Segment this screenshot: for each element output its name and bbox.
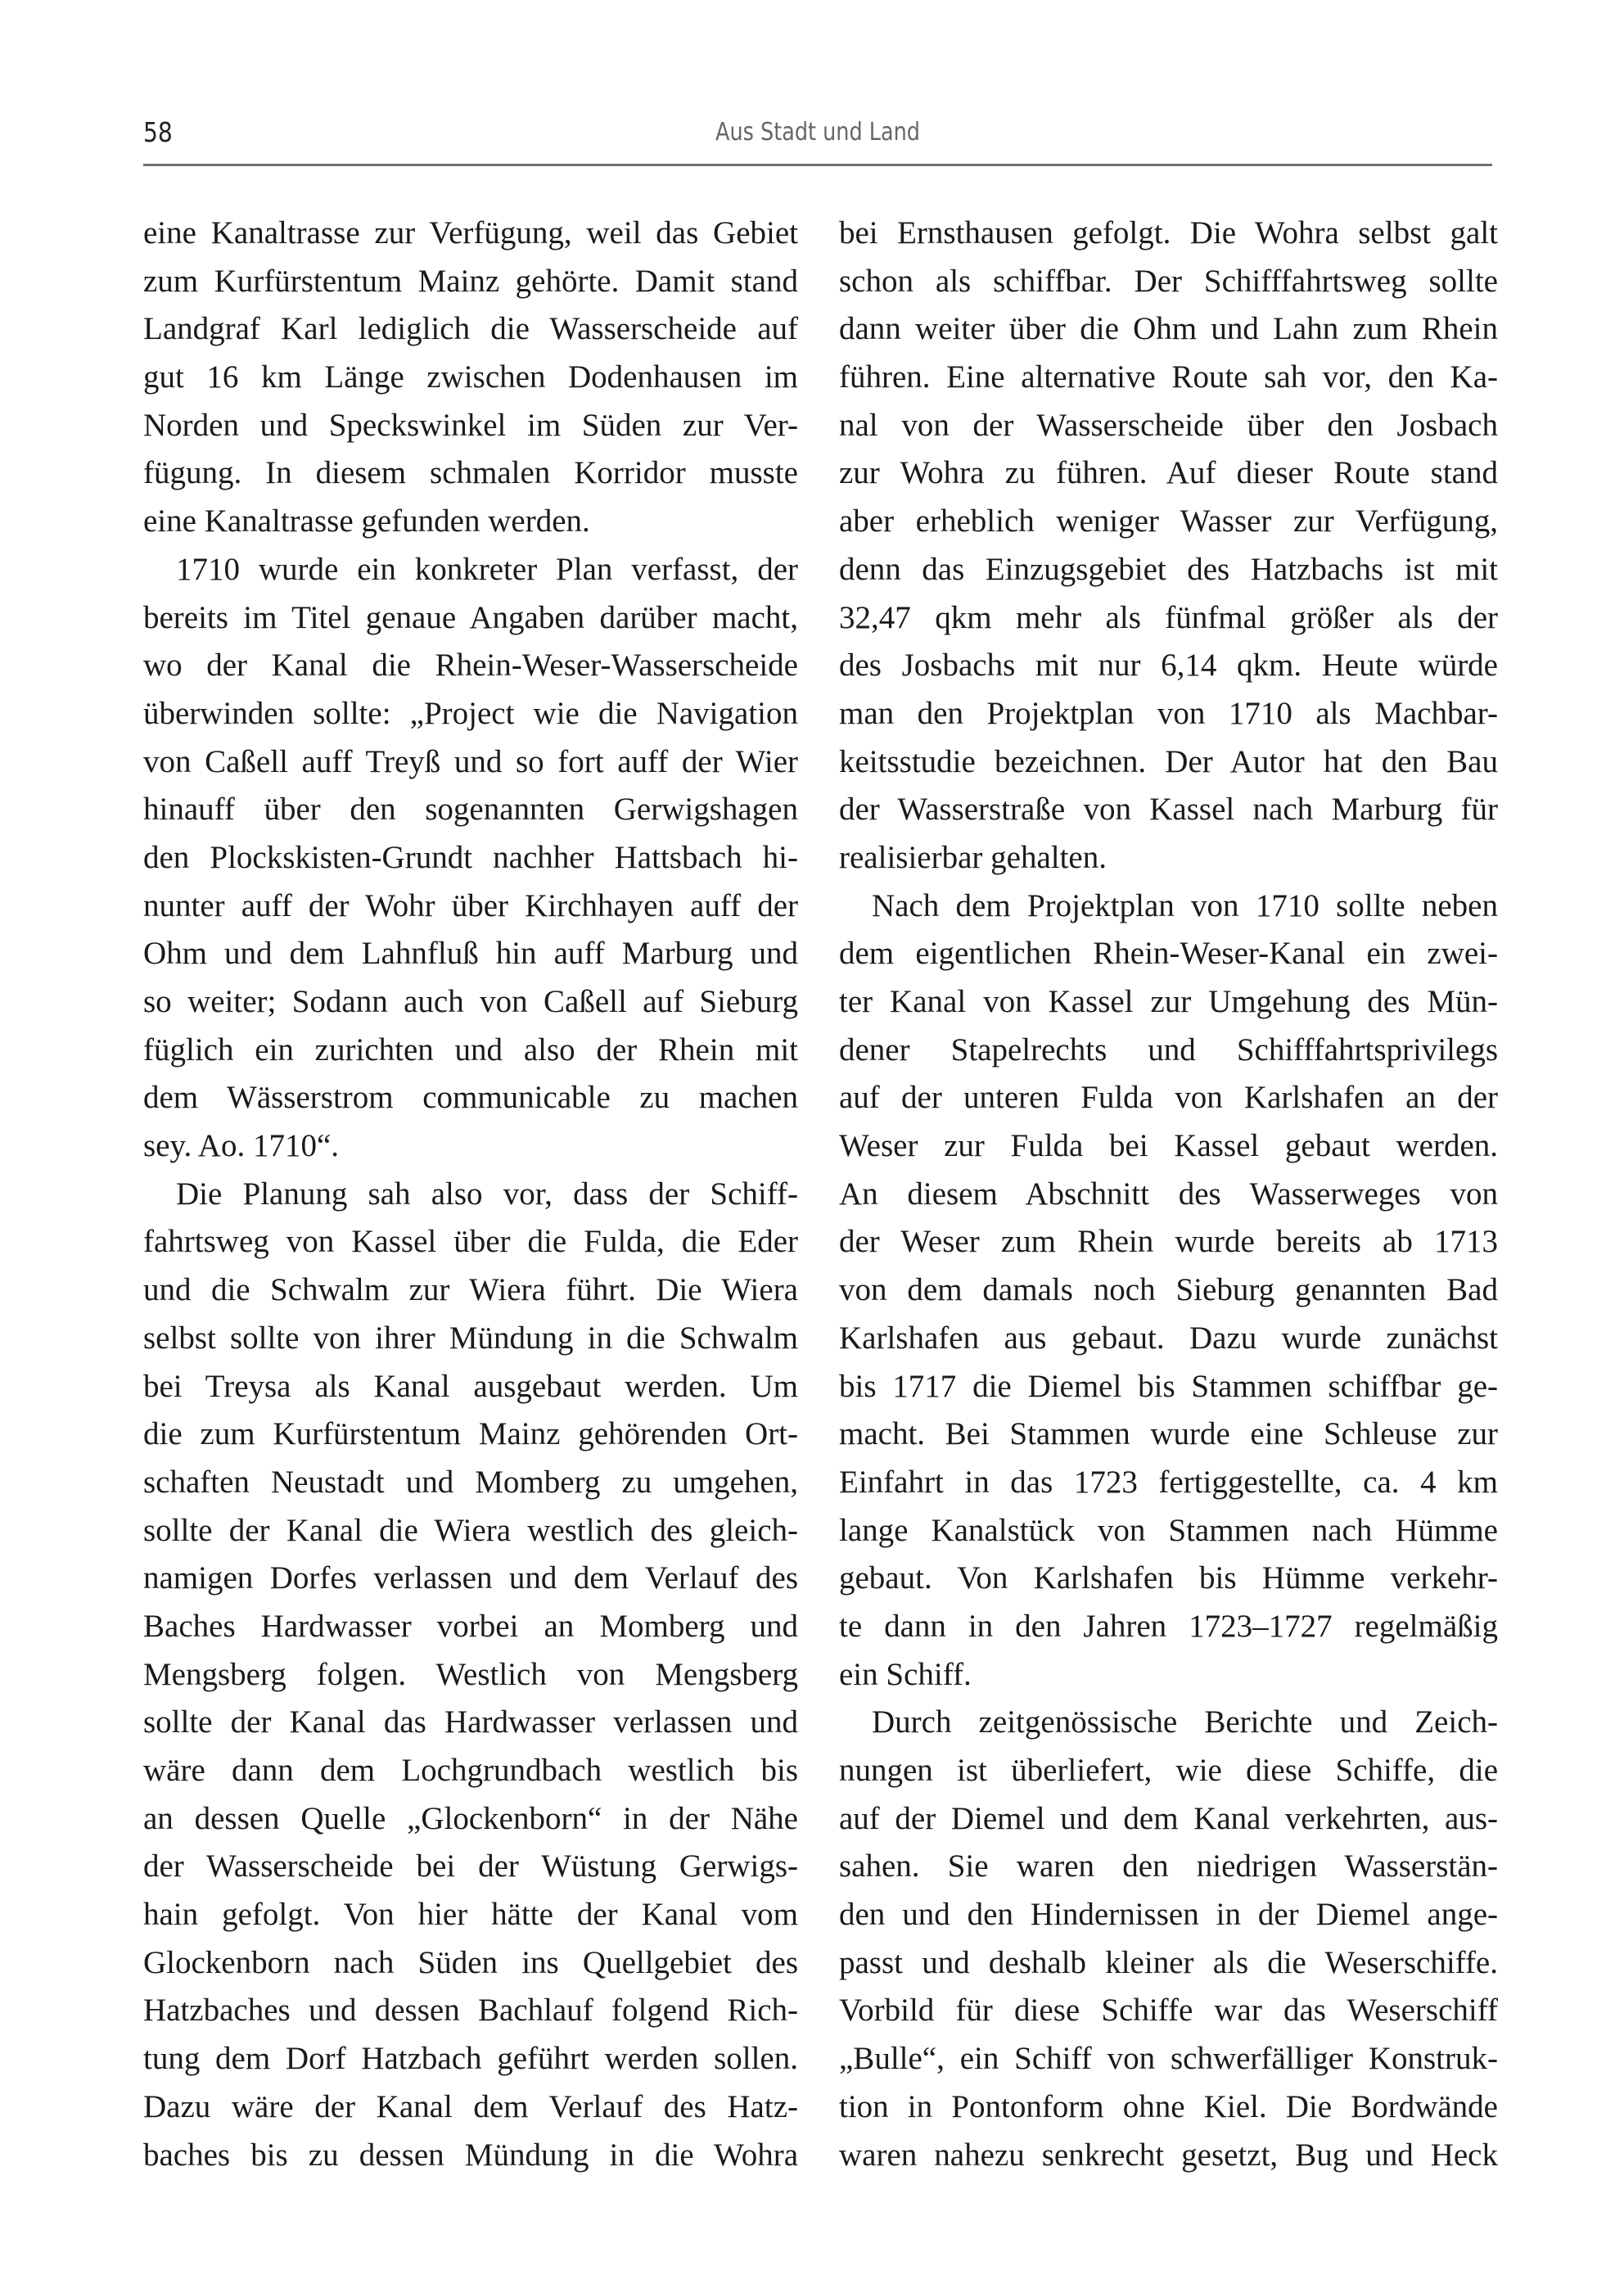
text-line: eine Kanaltrasse gefunden werden. — [143, 498, 798, 546]
text-line: eine Kanaltrasse zur Verfügung, weil das… — [143, 210, 798, 258]
text-line: der Weser zum Rhein wurde bereits ab 171… — [839, 1218, 1498, 1266]
text-line: Dazu wäre der Kanal dem Verlauf des Hatz… — [143, 2083, 798, 2132]
text-line: dem Wässerstrom communicable zu machen — [143, 1074, 798, 1122]
text-line: keitsstudie bezeichnen. Der Autor hat de… — [839, 738, 1498, 787]
text-line: fahrtsweg von Kassel über die Fulda, die… — [143, 1218, 798, 1266]
text-line: 32,47 qkm mehr als fünfmal größer als de… — [839, 594, 1498, 643]
text-line: die zum Kurfürstentum Mainz gehörenden O… — [143, 1411, 798, 1459]
text-line: gebaut. Von Karlshafen bis Hümme verkehr… — [839, 1555, 1498, 1603]
paragraph-start-line: 1710 wurde ein konkreter Plan verfasst, … — [143, 546, 798, 594]
text-line: Glockenborn nach Süden ins Quellgebiet d… — [143, 1939, 798, 1988]
text-line: dann weiter über die Ohm und Lahn zum Rh… — [839, 305, 1498, 354]
text-line: nunter auff der Wohr über Kirchhayen auf… — [143, 882, 798, 931]
text-line: An diesem Abschnitt des Wasserweges von — [839, 1171, 1498, 1219]
text-line: hinauff über den sogenannten Gerwigshage… — [143, 786, 798, 834]
text-line: bei Ernsthausen gefolgt. Die Wohra selbs… — [839, 210, 1498, 258]
text-line: auf der Diemel und dem Kanal verkehrten,… — [839, 1795, 1498, 1844]
paragraph-start-line: Die Planung sah also vor, dass der Schif… — [143, 1171, 798, 1219]
text-line: überwinden sollte: „Project wie die Navi… — [143, 690, 798, 738]
text-line: ter Kanal von Kassel zur Umgehung des Mü… — [839, 978, 1498, 1027]
text-line: Einfahrt in das 1723 fertiggestellte, ca… — [839, 1459, 1498, 1507]
text-line: nal von der Wasserscheide über den Josba… — [839, 402, 1498, 450]
text-line: sey. Ao. 1710“. — [143, 1122, 798, 1171]
page-number: 58 — [143, 116, 173, 148]
text-line: wo der Kanal die Rhein-Weser-Wasserschei… — [143, 642, 798, 690]
text-line: tung dem Dorf Hatzbach geführt werden so… — [143, 2035, 798, 2083]
text-line: passt und deshalb kleiner als die Wesers… — [839, 1939, 1498, 1988]
text-line: lange Kanalstück von Stammen nach Hümme — [839, 1507, 1498, 1555]
header-rule — [143, 164, 1492, 166]
text-line: von Caßell auff Treyß und so fort auff d… — [143, 738, 798, 787]
text-line: bereits im Titel genaue Angaben darüber … — [143, 594, 798, 643]
text-line: führen. Eine alternative Route sah vor, … — [839, 354, 1498, 402]
text-line: Ohm und dem Lahnfluß hin auff Marburg un… — [143, 930, 798, 978]
text-line: auf der unteren Fulda von Karlshafen an … — [839, 1074, 1498, 1122]
text-line: Weser zur Fulda bei Kassel gebaut werden… — [839, 1122, 1498, 1171]
right-column: bei Ernsthausen gefolgt. Die Wohra selbs… — [839, 210, 1498, 2179]
text-line: ein Schiff. — [839, 1651, 1498, 1699]
text-line: Hatzbaches und dessen Bachlauf folgend R… — [143, 1987, 798, 2035]
text-line: Vorbild für diese Schiffe war das Wesers… — [839, 1987, 1498, 2035]
text-line: „Bulle“, ein Schiff von schwerfälliger K… — [839, 2035, 1498, 2083]
text-line: wäre dann dem Lochgrundbach westlich bis — [143, 1747, 798, 1795]
text-line: selbst sollte von ihrer Mündung in die S… — [143, 1315, 798, 1363]
text-line: dem eigentlichen Rhein-Weser-Kanal ein z… — [839, 930, 1498, 978]
text-line: füglich ein zurichten und also der Rhein… — [143, 1027, 798, 1075]
running-title: Aus Stadt und Land — [245, 118, 1392, 147]
text-line: dener Stapelrechts und Schifffahrtsprivi… — [839, 1027, 1498, 1075]
text-line: und die Schwalm zur Wiera führt. Die Wie… — [143, 1266, 798, 1315]
text-line: baches bis zu dessen Mündung in die Wohr… — [143, 2132, 798, 2180]
page-header: 58 Aus Stadt und Land — [143, 106, 1492, 165]
text-line: sahen. Sie waren den niedrigen Wasserstä… — [839, 1843, 1498, 1891]
text-line: man den Projektplan von 1710 als Machbar… — [839, 690, 1498, 738]
text-line: von dem damals noch Sieburg genannten Ba… — [839, 1266, 1498, 1315]
text-line: fügung. In diesem schmalen Korridor muss… — [143, 449, 798, 498]
text-line: Landgraf Karl lediglich die Wasserscheid… — [143, 305, 798, 354]
text-line: Baches Hardwasser vorbei an Momberg und — [143, 1603, 798, 1651]
text-line: Norden und Speckswinkel im Süden zur Ver… — [143, 402, 798, 450]
text-line: waren nahezu senkrecht gesetzt, Bug und … — [839, 2132, 1498, 2180]
text-line: der Wasserscheide bei der Wüstung Gerwig… — [143, 1843, 798, 1891]
text-line: nungen ist überliefert, wie diese Schiff… — [839, 1747, 1498, 1795]
text-line: hain gefolgt. Von hier hätte der Kanal v… — [143, 1891, 798, 1939]
text-line: des Josbachs mit nur 6,14 qkm. Heute wür… — [839, 642, 1498, 690]
text-line: tion in Pontonform ohne Kiel. Die Bordwä… — [839, 2083, 1498, 2132]
text-line: den Plockskisten-Grundt nachher Hattsbac… — [143, 834, 798, 882]
text-line: sollte der Kanal die Wiera westlich des … — [143, 1507, 798, 1555]
text-line: te dann in den Jahren 1723–1727 regelmäß… — [839, 1603, 1498, 1651]
text-line: der Wasserstraße von Kassel nach Marburg… — [839, 786, 1498, 834]
text-line: schaften Neustadt und Momberg zu umgehen… — [143, 1459, 798, 1507]
text-line: denn das Einzugsgebiet des Hatzbachs ist… — [839, 546, 1498, 594]
text-line: aber erheblich weniger Wasser zur Verfüg… — [839, 498, 1498, 546]
text-line: Karlshafen aus gebaut. Dazu wurde zunäch… — [839, 1315, 1498, 1363]
text-line: bei Treysa als Kanal ausgebaut werden. U… — [143, 1363, 798, 1411]
text-line: Mengsberg folgen. Westlich von Mengsberg — [143, 1651, 798, 1699]
text-line: namigen Dorfes verlassen und dem Verlauf… — [143, 1555, 798, 1603]
paragraph-start-line: Durch zeitgenössische Berichte und Zeich… — [839, 1699, 1498, 1747]
text-line: schon als schiffbar. Der Schifffahrtsweg… — [839, 258, 1498, 306]
text-line: zur Wohra zu führen. Auf dieser Route st… — [839, 449, 1498, 498]
text-line: so weiter; Sodann auch von Caßell auf Si… — [143, 978, 798, 1027]
text-line: gut 16 km Länge zwischen Dodenhausen im — [143, 354, 798, 402]
left-column: eine Kanaltrasse zur Verfügung, weil das… — [143, 210, 798, 2179]
text-line: bis 1717 die Diemel bis Stammen schiffba… — [839, 1363, 1498, 1411]
text-line: realisierbar gehalten. — [839, 834, 1498, 882]
text-line: an dessen Quelle „Glockenborn“ in der Nä… — [143, 1795, 798, 1844]
text-line: macht. Bei Stammen wurde eine Schleuse z… — [839, 1411, 1498, 1459]
text-line: sollte der Kanal das Hardwasser verlasse… — [143, 1699, 798, 1747]
text-line: den und den Hindernissen in der Diemel a… — [839, 1891, 1498, 1939]
text-line: zum Kurfürstentum Mainz gehörte. Damit s… — [143, 258, 798, 306]
paragraph-start-line: Nach dem Projektplan von 1710 sollte neb… — [839, 882, 1498, 931]
